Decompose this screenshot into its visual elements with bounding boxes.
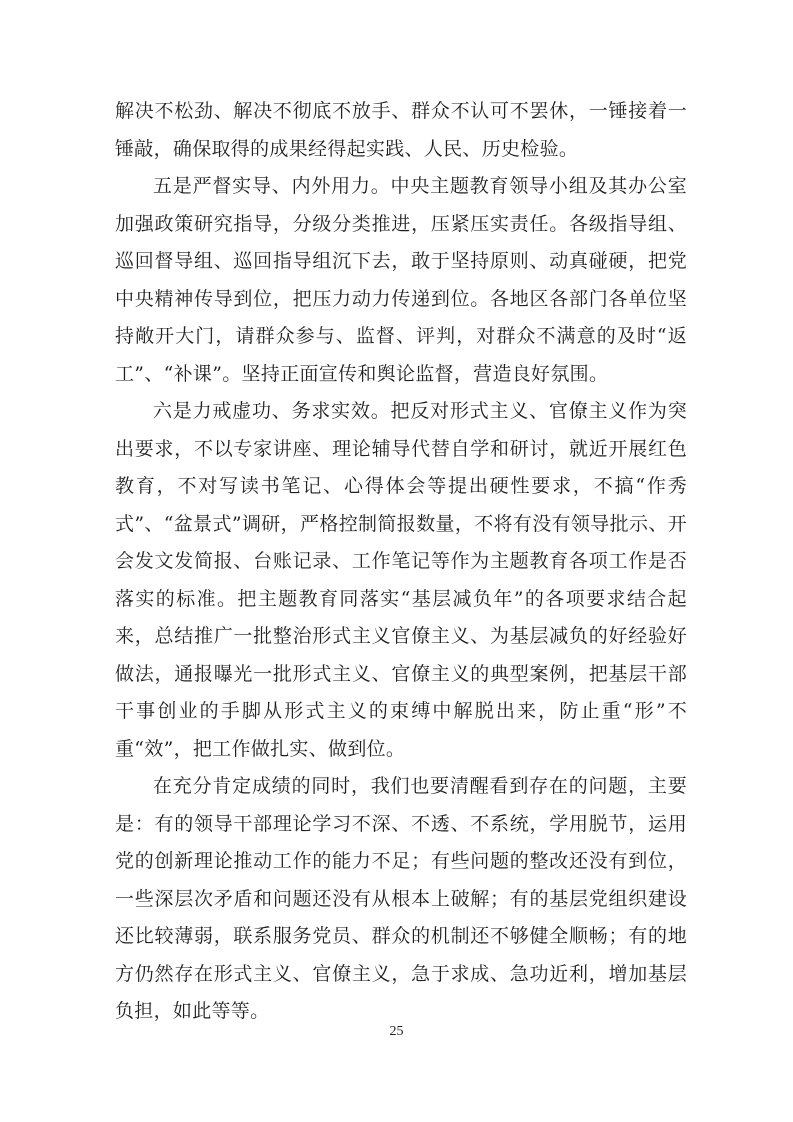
paragraph-problems: 在充分肯定成绩的同时，我们也要清醒看到存在的问题，主要是：有的领导干部理论学习不… [115,768,687,1031]
document-page: 解决不松劲、解决不彻底不放手、群众不认可不罢休，一锤接着一锤敲，确保取得的成果经… [0,0,793,1122]
paragraph-point-five: 五是严督实导、内外用力。中央主题教育领导小组及其办公室加强政策研究指导，分级分类… [115,168,687,393]
paragraph-continuation: 解决不松劲、解决不彻底不放手、群众不认可不罢休，一锤接着一锤敲，确保取得的成果经… [115,93,687,168]
text-block: 解决不松劲、解决不彻底不放手、群众不认可不罢休，一锤接着一锤敲，确保取得的成果经… [115,93,687,1031]
page-number: 25 [0,1022,793,1042]
paragraph-point-six: 六是力戒虚功、务求实效。把反对形式主义、官僚主义作为突出要求，不以专家讲座、理论… [115,393,687,768]
